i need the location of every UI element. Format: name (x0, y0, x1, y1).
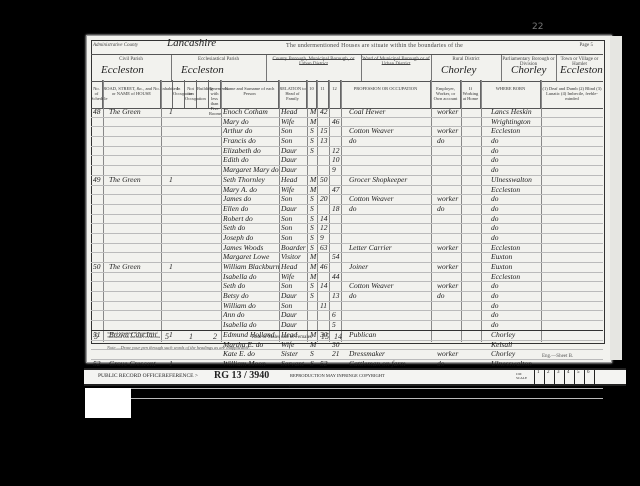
cell-employ: do (437, 291, 445, 300)
cell-male-age: 46 (320, 262, 328, 271)
cell-male-age: 12 (320, 223, 328, 232)
col-home: If Working at Home (461, 80, 481, 108)
col-relation: RELATION to Head of Family (279, 80, 307, 108)
cell-cond: S (310, 126, 314, 135)
cell-relation: Head (281, 262, 297, 271)
cell-name: William Moon (223, 359, 266, 368)
cell-born: Euxton (491, 252, 512, 261)
archive-strip: PUBLIC RECORD OFFICE REFERENCE > RG 13 /… (84, 368, 626, 386)
cell-relation: Daur (281, 320, 297, 329)
boundary-notice: The undermentioned Houses are situate wi… (286, 43, 463, 49)
col-condition: 10 (307, 80, 317, 108)
cell-relation: Son (281, 223, 292, 232)
scale-mark: 3 (554, 370, 564, 384)
cell-name: Margaret Lowe (223, 252, 269, 261)
cell-employ: do (437, 204, 445, 213)
total-inhabited: 5 (165, 332, 169, 341)
total-tenements: 2 (213, 332, 217, 341)
cell-address: The Green (109, 175, 141, 184)
scale-mark: 6 (584, 370, 594, 384)
cell-cond: M (310, 117, 316, 126)
cell-born: Euxton (491, 262, 512, 271)
table-row: Joseph doSonS9do (91, 234, 603, 244)
civil-parish-label: Civil Parish (91, 57, 171, 62)
folio-number: 22 (532, 22, 543, 32)
header-top: Administrative County Lancashire The und… (91, 40, 603, 54)
col-tenements: Tenements with less than Five Rooms (209, 80, 221, 108)
cell-born: do (491, 204, 499, 213)
cell-relation: Son (281, 301, 292, 310)
cell-name: Seth Thornley (223, 175, 265, 184)
cell-male-age: 13 (320, 136, 328, 145)
cell-occupation: Cotton Weaver (349, 194, 394, 203)
cell-inhab: 1 (169, 359, 173, 368)
civil-parish-value: Eccleston (101, 64, 144, 76)
cm-scale: 1 2 3 4 5 6 (534, 370, 604, 384)
cell-male-age: 9 (320, 233, 324, 242)
ward-label: Ward of Municipal Borough or of Urban Di… (361, 57, 431, 67)
sheet-edge (610, 36, 622, 360)
cell-relation: Visitor (281, 252, 301, 261)
ecclesiastical-parish-label: Ecclesiastical Parish (171, 57, 266, 62)
cell-name: Arthur do (223, 126, 252, 135)
reference-label: REFERENCE > (162, 373, 198, 379)
cell-name: Margaret Mary do (223, 165, 279, 174)
cell-address: Grove Crescent (109, 359, 156, 368)
cell-cond: M (310, 262, 316, 271)
cell-female-age: 9 (332, 165, 336, 174)
cell-name: Betsy do (223, 291, 249, 300)
cell-born: do (491, 320, 499, 329)
col-not-occupied: Not in Occupation (185, 80, 197, 108)
cell-relation: Wife (281, 272, 294, 281)
county-borough-label: County Borough, Municipal Borough, or Ur… (266, 57, 361, 67)
cell-name: Seth do (223, 281, 245, 290)
cell-name: Seth do (223, 223, 245, 232)
copyright-notice: REPRODUCTION MAY INFRINGE COPYRIGHT (290, 373, 385, 378)
cell-employ: worker (437, 126, 458, 135)
total-schedules: 5 (94, 332, 98, 341)
cell-relation: Sister (281, 349, 298, 358)
cell-employ: worker (437, 107, 458, 116)
col-female-age: 12 (329, 80, 341, 108)
table-row: Mary doWifeM46Wrightington (91, 118, 603, 128)
ecclesiastical-parish-value: Eccleston (181, 64, 224, 76)
cell-occupation: do (349, 136, 357, 145)
cell-born: Eccleston (491, 243, 520, 252)
cell-occupation: Cotton Weaver (349, 126, 394, 135)
cell-cond: M (310, 107, 316, 116)
cell-cond: S (310, 281, 314, 290)
table-row: Robert doSonS14do (91, 215, 603, 225)
cell-female-age: 12 (332, 146, 340, 155)
cell-occupation: do (349, 291, 357, 300)
cell-name: Ellen do (223, 204, 248, 213)
table-row (91, 389, 603, 399)
cell-male-age: 15 (320, 126, 328, 135)
table-row: Ellen doDaurS18dododo (91, 205, 603, 215)
cell-name: James do (223, 194, 251, 203)
table-row: Ann doDaur6do (91, 311, 603, 321)
cell-born: Eccleston (491, 126, 520, 135)
table-row: Francis doSonS13dododo (91, 137, 603, 147)
table-row: Seth doSonS14Cotton Weaverworkerdo (91, 282, 603, 292)
cell-female-age: 46 (332, 117, 340, 126)
total-houses-label: Total of Schedules of Houses and of Tene… (107, 332, 162, 339)
table-row: Elizabeth doDaurS12do (91, 147, 603, 157)
cell-cond: S (310, 136, 314, 145)
col-infirmity: (1) Deaf and Dumb (2) Blind (3) Lunatic … (541, 80, 603, 108)
total-persons-label: Total of Males and of Females (251, 335, 312, 340)
cell-born: Eccleston (491, 272, 520, 281)
table-row: William doSon11do (91, 302, 603, 312)
cell-male-age: 63 (320, 243, 328, 252)
cell-relation: Daur (281, 310, 297, 319)
cell-relation: Son (281, 214, 292, 223)
table-row: 49The Green1Seth ThornleyHeadM50Grocer S… (91, 176, 603, 186)
town-village-cell: Town or Village or Hamlet Eccleston (556, 55, 603, 81)
town-village-value: Eccleston (560, 64, 603, 76)
total-uninhabited: 1 (189, 332, 193, 341)
col-profession: PROFESSION OR OCCUPATION (341, 80, 431, 108)
cell-born: do (491, 281, 499, 290)
cell-employ: worker (437, 262, 458, 271)
cell-name: Enoch Cotham (223, 107, 268, 116)
cell-name: James Woods (223, 243, 263, 252)
cell-female-age: 44 (332, 272, 340, 281)
cell-born: do (491, 291, 499, 300)
totals-row: 5 Total of Schedules of Houses and of Te… (91, 330, 603, 344)
cell-employ: do (437, 136, 445, 145)
cell-occupation: Dressmaker (349, 349, 385, 358)
cell-cond: S (310, 349, 314, 358)
footnote: Note.—Draw your pen through such words o… (107, 345, 250, 350)
cell-born: do (491, 146, 499, 155)
cell-female-age: 47 (332, 185, 340, 194)
cell-relation: Wife (281, 117, 294, 126)
table-row: Margaret LoweVisitorM54Euxton (91, 253, 603, 263)
col-employer: Employer, Worker, or Own account (431, 80, 461, 108)
cell-born: Ulnesswalton (491, 359, 532, 368)
cell-name: Edith do (223, 155, 249, 164)
cell-relation: Daur (281, 165, 297, 174)
census-rows: 48The Green1Enoch CothamHeadM42Coal Hewe… (91, 108, 603, 399)
col-occupation: In Occupation (173, 80, 185, 108)
cell-sched: 50 (93, 262, 101, 271)
cell-name: Mary do (223, 117, 249, 126)
admin-county-label: Administrative County (93, 43, 138, 48)
cell-name: William do (223, 301, 256, 310)
cell-name: Kate E. do (223, 349, 255, 358)
cell-name: Ann do (223, 310, 244, 319)
cell-cond: M (310, 272, 316, 281)
col-male-age: 11 (317, 80, 329, 108)
cell-name: Isabella do (223, 272, 257, 281)
rural-district-value: Chorley (441, 64, 476, 76)
cell-born: do (491, 223, 499, 232)
table-row: 50The Green1William BlackburnHeadM46Join… (91, 263, 603, 273)
cell-occupation: Letter Carrier (349, 243, 392, 252)
cell-relation: Son (281, 126, 292, 135)
header-districts: Civil Parish Eccleston Ecclesiastical Pa… (91, 54, 603, 82)
cell-name: Mary A. do (223, 185, 257, 194)
cell-employ: do (437, 359, 445, 368)
cell-male-age: 50 (320, 175, 328, 184)
admin-county-value: Lancashire (167, 37, 216, 49)
cell-employ: worker (437, 281, 458, 290)
cell-female-age: 18 (332, 204, 340, 213)
cell-born: Ulnesswalton (491, 175, 532, 184)
scale-mark: 1 (534, 370, 544, 384)
civil-parish-cell: Civil Parish Eccleston (91, 55, 172, 81)
cell-relation: Wife (281, 185, 294, 194)
cell-born: Wrightington (491, 117, 531, 126)
cell-cond: S (310, 243, 314, 252)
table-row: Seth doSonS12do (91, 224, 603, 234)
cell-cond: S (310, 291, 314, 300)
cell-relation: Servant (281, 359, 304, 368)
cell-employ: worker (437, 349, 458, 358)
table-row: James WoodsBoarderS63Letter Carrierworke… (91, 244, 603, 254)
cell-female-age: 54 (332, 252, 340, 261)
table-row: Mary A. doWifeM47Eccleston (91, 186, 603, 196)
cell-female-age: 21 (332, 349, 340, 358)
cell-name: Joseph do (223, 233, 253, 242)
parliamentary-borough-cell: Parliamentary Borough or Division Chorle… (501, 55, 557, 81)
cell-name: Elizabeth do (223, 146, 261, 155)
blank-label-card (85, 388, 131, 418)
cell-female-age: 5 (332, 320, 336, 329)
cell-relation: Son (281, 233, 292, 242)
col-name: Name and Surname of each Person (221, 80, 279, 108)
cell-relation: Boarder (281, 243, 306, 252)
table-row: Edith doDaur10do (91, 156, 603, 166)
cell-female-age: 6 (332, 310, 336, 319)
cell-born: do (491, 155, 499, 164)
cell-male-age: 52 (320, 359, 328, 368)
cell-inhab: 1 (169, 262, 173, 271)
cell-address: The Green (109, 107, 141, 116)
cell-male-age: 14 (320, 281, 328, 290)
rural-district-cell: Rural District Chorley (431, 55, 502, 81)
cell-occupation: Cattleman on farm (349, 359, 406, 368)
col-address: ROAD, STREET, &c., and No. or NAME of HO… (103, 80, 161, 108)
cell-female-age: 13 (332, 291, 340, 300)
page-label: Page 5 (580, 43, 593, 48)
scale-mark (594, 370, 604, 384)
cell-occupation: do (349, 204, 357, 213)
cell-relation: Daur (281, 204, 297, 213)
cell-employ: worker (437, 194, 458, 203)
sheet-key: Eng.—Sheet B. (542, 354, 573, 359)
cell-male-age: 20 (320, 194, 328, 203)
cell-address: The Green (109, 262, 141, 271)
cell-sched: 48 (93, 107, 101, 116)
cell-occupation: Joiner (349, 262, 368, 271)
cell-relation: Head (281, 107, 297, 116)
table-row: Isabella doWifeM44Eccleston (91, 273, 603, 283)
scale-mark: 5 (574, 370, 584, 384)
cell-female-age: 10 (332, 155, 340, 164)
cell-male-age: 14 (320, 214, 328, 223)
cell-cond: S (310, 194, 314, 203)
cell-inhab: 1 (169, 107, 173, 116)
cell-relation: Son (281, 136, 292, 145)
total-females: 14 (334, 332, 342, 341)
cell-name: Robert do (223, 214, 253, 223)
total-males: 15 (321, 332, 329, 341)
column-headers: No. of Schedule ROAD, STREET, &c., and N… (91, 80, 603, 109)
parliamentary-borough-value: Chorley (511, 64, 546, 76)
table-row: Arthur doSonS15Cotton WeaverworkerEccles… (91, 127, 603, 137)
col-inhabited: Inhabited (161, 80, 173, 108)
scale-mark: 2 (544, 370, 554, 384)
cell-male-age: 42 (320, 107, 328, 116)
cell-relation: Daur (281, 155, 297, 164)
cell-cond: M (310, 252, 316, 261)
cell-born: do (491, 301, 499, 310)
cell-name: Francis do (223, 136, 256, 145)
cell-employ: worker (437, 243, 458, 252)
census-sheet: Administrative County Lancashire The und… (86, 35, 612, 363)
cell-born: do (491, 165, 499, 174)
cell-born: do (491, 136, 499, 145)
rural-district-label: Rural District (431, 57, 501, 62)
cell-sched: 49 (93, 175, 101, 184)
cell-name: William Blackburn (223, 262, 279, 271)
archive-office: PUBLIC RECORD OFFICE (98, 373, 162, 379)
cell-cond: S (310, 204, 314, 213)
reference-number: RG 13 / 3940 (214, 370, 269, 381)
col-schedule: No. of Schedule (91, 80, 103, 108)
cell-name: Isabella do (223, 320, 257, 329)
cell-relation: Head (281, 175, 297, 184)
scale-label: CM SCALE (516, 372, 530, 380)
cell-occupation: Coal Hewer (349, 107, 385, 116)
scale-mark: 4 (564, 370, 574, 384)
cell-born: Eccleston (491, 185, 520, 194)
table-row: James doSonS20Cotton Weaverworkerdo (91, 195, 603, 205)
cell-cond: M (310, 175, 316, 184)
ecclesiastical-parish-cell: Ecclesiastical Parish Eccleston (171, 55, 267, 81)
cell-male-age: 11 (320, 301, 327, 310)
cell-sched: 52 (93, 359, 101, 368)
ward-cell: Ward of Municipal Borough or of Urban Di… (361, 55, 432, 81)
col-where-born: WHERE BORN (481, 80, 541, 108)
cell-born: do (491, 233, 499, 242)
cell-relation: Daur (281, 146, 297, 155)
cell-relation: Son (281, 281, 292, 290)
cell-relation: Daur (281, 291, 297, 300)
cell-born: Lancs Heskin (491, 107, 532, 116)
cell-occupation: Cotton Weaver (349, 281, 394, 290)
col-building: Building (197, 80, 209, 108)
cell-born: do (491, 214, 499, 223)
cell-cond: M (310, 185, 316, 194)
table-row: Betsy doDaurS13dododo (91, 292, 603, 302)
cell-cond: S (310, 214, 314, 223)
cell-born: do (491, 194, 499, 203)
cell-occupation: Grocer Shopkeeper (349, 175, 407, 184)
cell-born: do (491, 310, 499, 319)
cell-relation: Son (281, 194, 292, 203)
cell-inhab: 1 (169, 175, 173, 184)
county-borough-cell: County Borough, Municipal Borough, or Ur… (266, 55, 362, 81)
cell-cond: S (310, 233, 314, 242)
cell-cond: S (310, 146, 314, 155)
cell-cond: S (310, 359, 314, 368)
cell-cond: S (310, 223, 314, 232)
cell-born: Chorley (491, 349, 515, 358)
